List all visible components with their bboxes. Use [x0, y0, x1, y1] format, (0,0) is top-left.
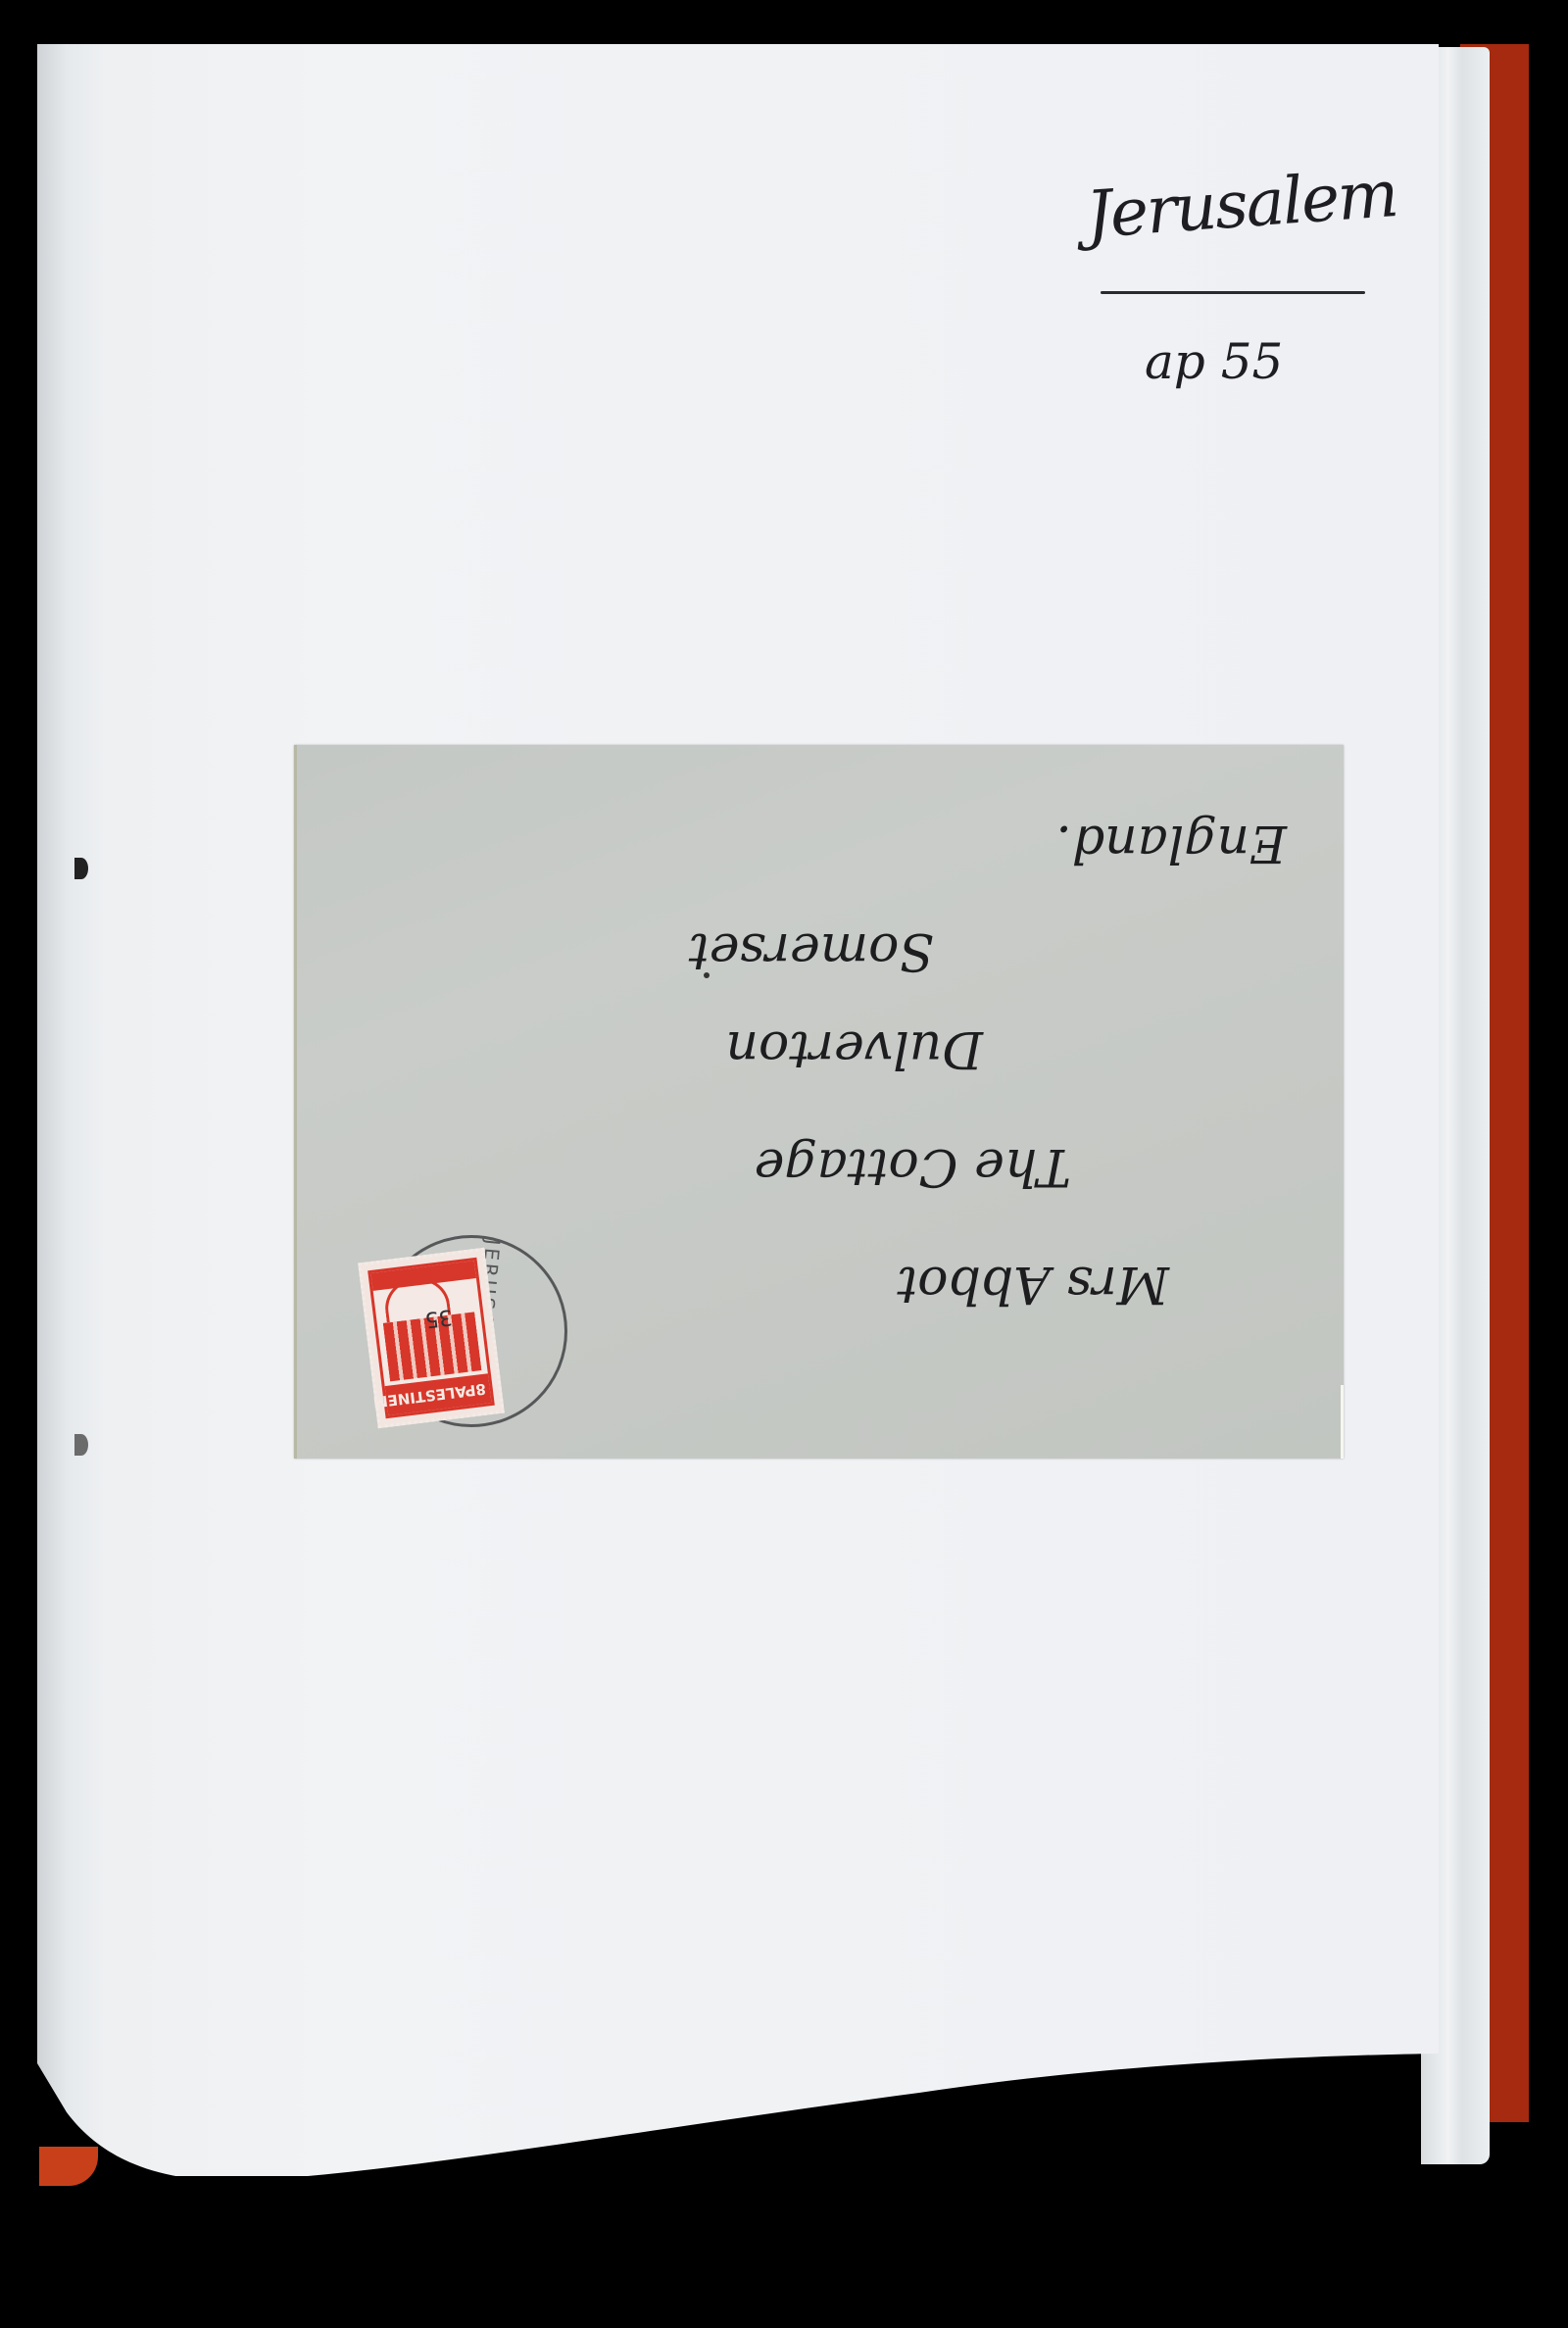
binder-hole-icon — [74, 1434, 88, 1456]
mount-edge — [1341, 1385, 1344, 1459]
address-line-town: Dulverton — [725, 1019, 983, 1078]
page-heading: Jerusalem ap 55 — [1027, 98, 1380, 431]
album-cover-corner — [39, 2147, 98, 2186]
address-line-county: Somerset — [689, 921, 934, 980]
address-line-house: The Cottage — [755, 1137, 1071, 1196]
stamp-currency: M — [372, 1392, 389, 1412]
postmark-year: 35 — [423, 1304, 454, 1331]
address-line-recipient: Mrs Abbot — [897, 1255, 1169, 1313]
stamp-country: PALESTINE — [386, 1381, 476, 1410]
postal-cover: Mrs Abbot The Cottage Dulverton Somerset… — [294, 745, 1344, 1459]
ink-dot — [704, 972, 710, 978]
address-line-country: England. — [1055, 814, 1287, 872]
heading-date: ap 55 — [1145, 333, 1283, 390]
heading-city: Jerusalem — [1084, 156, 1399, 253]
postage-stamp: 8 PALESTINE M 35 — [358, 1248, 505, 1429]
album-page: Jerusalem ap 55 Mrs Abbot The Cottage Du… — [37, 44, 1439, 2176]
heading-underline — [1101, 291, 1365, 294]
stamp-design: 8 PALESTINE M — [367, 1258, 495, 1419]
binder-hole-icon — [74, 858, 88, 879]
address-block: Mrs Abbot The Cottage Dulverton Somerset… — [542, 774, 1287, 1323]
